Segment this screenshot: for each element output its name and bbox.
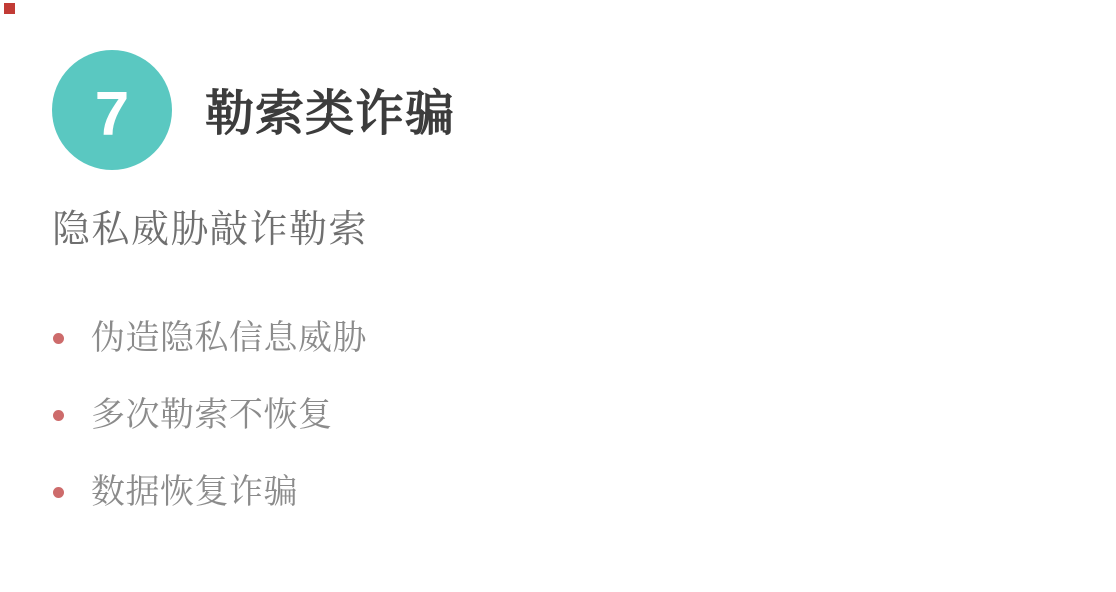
bullet-dot-icon [53, 410, 64, 421]
corner-accent-square [4, 3, 15, 14]
bullet-dot-icon [53, 333, 64, 344]
subtitle: 隐私威胁敲诈勒索 [52, 208, 368, 254]
bullet-label: 伪造隐私信息威胁 [91, 321, 367, 355]
page-title: 勒索类诈骗 [205, 90, 455, 139]
bullet-list: 伪造隐私信息威胁 多次勒索不恢复 数据恢复诈骗 [53, 316, 367, 514]
number-badge: 7 [52, 50, 172, 170]
badge-number: 7 [95, 74, 129, 146]
bullet-dot-icon [53, 487, 64, 498]
slide-header: 7 勒索类诈骗 [52, 50, 455, 170]
bullet-label: 数据恢复诈骗 [91, 475, 298, 509]
list-item: 多次勒索不恢复 [53, 393, 367, 437]
bullet-label: 多次勒索不恢复 [91, 398, 333, 432]
list-item: 伪造隐私信息威胁 [53, 316, 367, 360]
list-item: 数据恢复诈骗 [53, 470, 367, 514]
